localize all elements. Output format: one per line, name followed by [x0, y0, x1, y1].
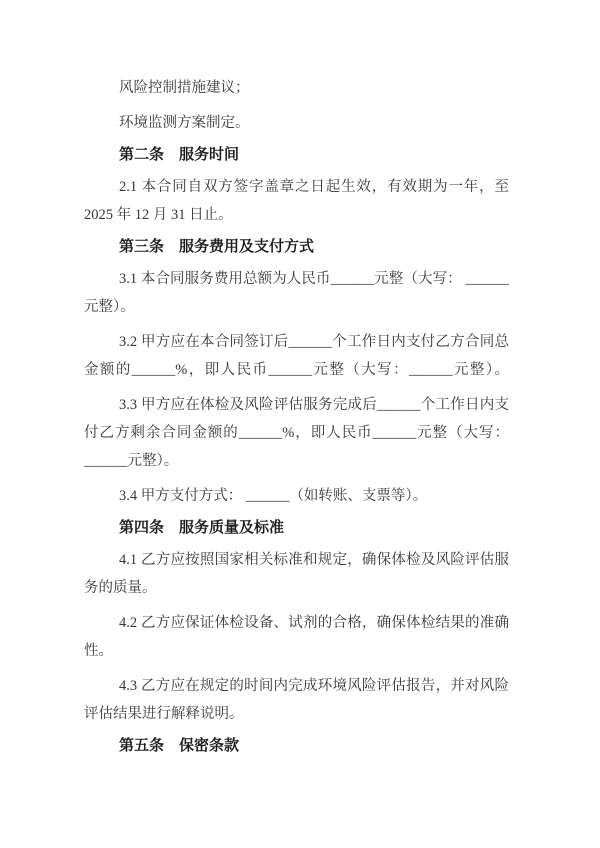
clause-4-3-line-1: 4.3 乙方应在规定的时间内完成环境风险评估报告，并对风险 — [84, 672, 509, 700]
heading-article-2: 第二条 服务时间 — [84, 141, 509, 169]
clause-3-3-line-1: 3.3 甲方应在体检及风险评估服务完成后______个工作日内支 — [84, 391, 509, 419]
clause-2-1-line-1: 2.1 本合同自双方签字盖章之日起生效，有效期为一年，至 — [84, 173, 509, 201]
clause-4-2-line-1: 4.2 乙方应保证体检设备、试剂的合格，确保体检结果的准确 — [84, 609, 509, 637]
clause-3-1-line-1: 3.1 本合同服务费用总额为人民币______元整（大写： ______ — [84, 265, 509, 293]
heading-article-3: 第三条 服务费用及支付方式 — [84, 233, 509, 261]
clause-3-2-line-1: 3.2 甲方应在本合同签订后______个工作日内支付乙方合同总 — [84, 328, 509, 356]
list-item-risk-control: 风险控制措施建议； — [84, 74, 509, 102]
contract-body: 风险控制措施建议； 环境监测方案制定。 第二条 服务时间 2.1 本合同自双方签… — [84, 74, 509, 760]
clause-3-3-line-3: ______元整）。 — [84, 447, 509, 475]
heading-article-5: 第五条 保密条款 — [84, 732, 509, 760]
clause-4-3-line-2: 评估结果进行解释说明。 — [84, 700, 509, 728]
clause-2-1-line-2: 2025 年 12 月 31 日止。 — [84, 201, 509, 229]
clause-3-2-line-2: 金额的______%，即人民币______元整（大写：______元整）。 — [84, 356, 509, 384]
clause-3-3-line-2: 付乙方剩余合同金额的______%，即人民币______元整（大写： — [84, 419, 509, 447]
document-page: 风险控制措施建议； 环境监测方案制定。 第二条 服务时间 2.1 本合同自双方签… — [0, 0, 600, 848]
clause-4-1-line-2: 务的质量。 — [84, 574, 509, 602]
heading-article-4: 第四条 服务质量及标准 — [84, 514, 509, 542]
clause-3-4-line-1: 3.4 甲方支付方式： ______（如转账、支票等）。 — [84, 482, 509, 510]
list-item-env-monitoring: 环境监测方案制定。 — [84, 109, 509, 137]
clause-3-1-line-2: 元整）。 — [84, 293, 509, 321]
clause-4-2-line-2: 性。 — [84, 637, 509, 665]
clause-4-1-line-1: 4.1 乙方应按照国家相关标准和规定，确保体检及风险评估服 — [84, 546, 509, 574]
